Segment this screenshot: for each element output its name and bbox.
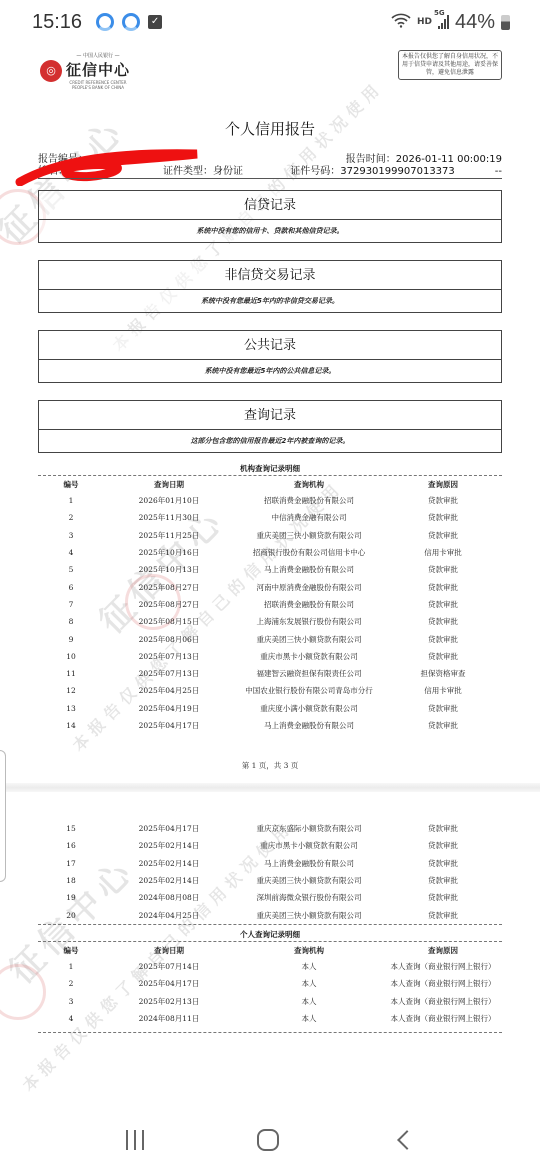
- dashed-divider: [38, 475, 502, 476]
- home-button[interactable]: [257, 1129, 279, 1151]
- cell-date: 2025年02月14日: [104, 837, 234, 854]
- table-row: 192024年08月08日深圳前海微众银行股份有限公司贷款审批: [38, 889, 502, 906]
- cell-reason: 贷款审批: [384, 648, 502, 665]
- cell-number: 17: [38, 855, 104, 872]
- section-title: 公共记录: [39, 331, 501, 360]
- table-row: 32025年11月25日重庆美团三快小额贷款有限公司贷款审批: [38, 527, 502, 544]
- cell-reason: 贷款审批: [384, 872, 502, 889]
- cell-number: 14: [38, 717, 104, 734]
- cell-institution: 河南中原消费金融股份有限公司: [234, 578, 384, 595]
- table-row: 52025年10月13日马上消费金融股份有限公司贷款审批: [38, 561, 502, 578]
- cell-institution: 本人: [234, 975, 384, 992]
- cell-institution: 中信消费金融有限公司: [234, 509, 384, 526]
- cell-date: 2025年08月27日: [104, 596, 234, 613]
- cell-reason: 本人查询（商业银行网上银行）: [384, 993, 502, 1010]
- cell-reason: 贷款审批: [384, 613, 502, 630]
- cell-institution: 招联消费金融股份有限公司: [234, 596, 384, 613]
- institution-queries-title: 机构查询记录明细: [0, 463, 540, 474]
- cell-reason: 贷款审批: [384, 906, 502, 923]
- cell-number: 7: [38, 596, 104, 613]
- hd-voice-indicator: HD: [417, 17, 432, 27]
- cell-number: 6: [38, 578, 104, 595]
- checkbox-notification-icon: ✓: [148, 15, 162, 29]
- personal-queries-table: 编号 查询日期 查询机构 查询原因 12025年07月14日本人本人查询（商业银…: [38, 943, 502, 1027]
- table-row: 32025年02月13日本人本人查询（商业银行网上银行）: [38, 993, 502, 1010]
- col-institution: 查询机构: [234, 943, 384, 958]
- section-desc: 系统中没有您的信用卡、贷款和其他信贷记录。: [39, 220, 501, 242]
- cell-institution: 招联消费金融股份有限公司: [234, 492, 384, 509]
- cell-number: 16: [38, 837, 104, 854]
- cell-date: 2025年07月13日: [104, 665, 234, 682]
- table-row: 42025年10月16日招商银行股份有限公司信用卡中心信用卡审批: [38, 544, 502, 561]
- cell-institution: 中国农业银行股份有限公司青岛市分行: [234, 682, 384, 699]
- clock: 15:16: [32, 11, 82, 34]
- cell-number: 20: [38, 906, 104, 923]
- report-title: 个人信用报告: [0, 118, 540, 139]
- col-reason: 查询原因: [384, 943, 502, 958]
- cell-reason: 贷款审批: [384, 492, 502, 509]
- cell-reason: 贷款审批: [384, 889, 502, 906]
- section-public-records: 公共记录 系统中没有您最近5年内的公共信息记录。: [38, 330, 502, 383]
- cell-institution: 重庆京东盛际小额贷款有限公司: [234, 820, 384, 837]
- table-row: 132025年04月19日重庆度小满小额贷款有限公司贷款审批: [38, 700, 502, 717]
- dashed-divider: [38, 941, 502, 942]
- cell-institution: 重庆美团三快小额贷款有限公司: [234, 527, 384, 544]
- cell-institution: 马上消费金融股份有限公司: [234, 561, 384, 578]
- cell-date: 2025年04月25日: [104, 682, 234, 699]
- cell-institution: 重庆美团三快小额贷款有限公司: [234, 906, 384, 923]
- cell-date: 2025年07月13日: [104, 648, 234, 665]
- browser-notification-icon-2: [122, 13, 140, 31]
- cell-date: 2025年04月19日: [104, 700, 234, 717]
- id-number-field: 证件号码：372930199907013373--: [290, 162, 502, 177]
- cell-institution: 重庆市黑卡小额贷款有限公司: [234, 648, 384, 665]
- cell-institution: 本人: [234, 958, 384, 975]
- cell-number: 19: [38, 889, 104, 906]
- cell-date: 2025年02月14日: [104, 855, 234, 872]
- col-institution: 查询机构: [234, 477, 384, 492]
- cell-number: 8: [38, 613, 104, 630]
- cell-reason: 担保资格审查: [384, 665, 502, 682]
- cell-reason: 贷款审批: [384, 578, 502, 595]
- cell-number: 13: [38, 700, 104, 717]
- navigation-bar: [0, 1110, 540, 1170]
- cell-date: 2025年04月17日: [104, 975, 234, 992]
- cell-institution: 深圳前海微众银行股份有限公司: [234, 889, 384, 906]
- cell-date: 2024年04月25日: [104, 906, 234, 923]
- cell-number: 11: [38, 665, 104, 682]
- cell-number: 1: [38, 492, 104, 509]
- section-desc: 这部分包含您的信用报告最近2年内被查询的记录。: [39, 430, 501, 452]
- cell-reason: 本人查询（商业银行网上银行）: [384, 1010, 502, 1027]
- logo-en-text-2: PEOPLE'S BANK OF CHINA: [72, 85, 124, 90]
- cell-institution: 上海浦东发展银行股份有限公司: [234, 613, 384, 630]
- cell-number: 3: [38, 993, 104, 1010]
- cell-reason: 贷款审批: [384, 855, 502, 872]
- cell-number: 15: [38, 820, 104, 837]
- cell-date: 2025年10月13日: [104, 561, 234, 578]
- cell-date: 2025年08月15日: [104, 613, 234, 630]
- page-break: [0, 783, 540, 792]
- cell-number: 4: [38, 544, 104, 561]
- table-row: 82025年08月15日上海浦东发展银行股份有限公司贷款审批: [38, 613, 502, 630]
- cell-date: 2025年04月17日: [104, 820, 234, 837]
- cell-institution: 福建智云融资担保有限责任公司: [234, 665, 384, 682]
- table-row: 112025年07月13日福建智云融资担保有限责任公司担保资格审查: [38, 665, 502, 682]
- cell-date: 2025年10月16日: [104, 544, 234, 561]
- dashed-divider: [38, 1032, 502, 1033]
- cell-reason: 贷款审批: [384, 820, 502, 837]
- cell-reason: 贷款审批: [384, 630, 502, 647]
- col-number: 编号: [38, 943, 104, 958]
- logo-top-text: — 中国人民银行 —: [76, 52, 119, 59]
- cell-date: 2025年04月17日: [104, 717, 234, 734]
- battery-percent: 44%: [455, 11, 495, 34]
- table-row: 142025年04月17日马上消费金融股份有限公司贷款审批: [38, 717, 502, 734]
- cell-number: 2: [38, 975, 104, 992]
- cell-date: 2026年01月10日: [104, 492, 234, 509]
- table-row: 202024年04月25日重庆美团三快小额贷款有限公司贷款审批: [38, 906, 502, 923]
- seal-icon: ◎: [40, 60, 62, 82]
- cellular-signal-icon: 5G: [438, 15, 449, 29]
- section-desc: 系统中没有您最近5年内的非信贷交易记录。: [39, 290, 501, 312]
- table-row: 12025年07月14日本人本人查询（商业银行网上银行）: [38, 958, 502, 975]
- section-credit-records: 信贷记录 系统中没有您的信用卡、贷款和其他信贷记录。: [38, 190, 502, 243]
- cell-number: 4: [38, 1010, 104, 1027]
- cell-institution: 重庆美团三快小额贷款有限公司: [234, 630, 384, 647]
- cell-date: 2025年02月13日: [104, 993, 234, 1010]
- cell-number: 10: [38, 648, 104, 665]
- browser-notification-icon: [96, 13, 114, 31]
- cell-institution: 重庆美团三快小额贷款有限公司: [234, 872, 384, 889]
- cell-number: 3: [38, 527, 104, 544]
- cell-institution: 重庆市黑卡小额贷款有限公司: [234, 837, 384, 854]
- table-row: 42024年08月11日本人本人查询（商业银行网上银行）: [38, 1010, 502, 1027]
- table-row: 22025年11月30日中信消费金融有限公司贷款审批: [38, 509, 502, 526]
- header-divider: [38, 178, 502, 179]
- section-desc: 系统中没有您最近5年内的公共信息记录。: [39, 360, 501, 382]
- cell-institution: 马上消费金融股份有限公司: [234, 717, 384, 734]
- section-title: 非信贷交易记录: [39, 261, 501, 290]
- table-row: 102025年07月13日重庆市黑卡小额贷款有限公司贷款审批: [38, 648, 502, 665]
- table-row: 162025年02月14日重庆市黑卡小额贷款有限公司贷款审批: [38, 837, 502, 854]
- back-button[interactable]: [397, 1130, 417, 1150]
- status-bar: 15:16 ✓ HD 5G 44%: [0, 0, 540, 44]
- cell-reason: 本人查询（商业银行网上银行）: [384, 975, 502, 992]
- cell-institution: 本人: [234, 1010, 384, 1027]
- cell-date: 2025年11月30日: [104, 509, 234, 526]
- cell-reason: 贷款审批: [384, 700, 502, 717]
- privacy-notice: 本报告仅供您了解自身信用状况，不用于信贷申请及其他用途，请妥善保管，避免信息泄露: [398, 50, 502, 80]
- cell-institution: 重庆度小满小额贷款有限公司: [234, 700, 384, 717]
- logo-main-text: 征信中心: [66, 59, 130, 80]
- credit-center-logo: ◎ — 中国人民银行 — 征信中心 CREDIT REFERENCE CENTE…: [40, 52, 130, 90]
- cell-date: 2025年08月27日: [104, 578, 234, 595]
- table-row: 92025年08月06日重庆美团三快小额贷款有限公司贷款审批: [38, 630, 502, 647]
- cell-number: 5: [38, 561, 104, 578]
- cell-date: 2025年07月14日: [104, 958, 234, 975]
- cell-reason: 贷款审批: [384, 596, 502, 613]
- cell-reason: 贷款审批: [384, 837, 502, 854]
- col-number: 编号: [38, 477, 104, 492]
- cell-number: 18: [38, 872, 104, 889]
- battery-icon: [501, 15, 510, 30]
- section-title: 信贷记录: [39, 191, 501, 220]
- cell-reason: 贷款审批: [384, 717, 502, 734]
- col-date: 查询日期: [104, 943, 234, 958]
- pdf-document-view[interactable]: 征信中心 本报告仅供您了解自己的信用状况使用 征信中心 本报告仅供您了解自己的信…: [0, 44, 540, 1139]
- table-row: 122025年04月25日中国农业银行股份有限公司青岛市分行信用卡审批: [38, 682, 502, 699]
- cell-date: 2025年11月25日: [104, 527, 234, 544]
- cell-date: 2024年08月11日: [104, 1010, 234, 1027]
- cell-reason: 信用卡审批: [384, 544, 502, 561]
- institution-queries-table: 编号 查询日期 查询机构 查询原因 12026年01月10日招联消费金融股份有限…: [38, 477, 502, 734]
- cell-date: 2024年08月08日: [104, 889, 234, 906]
- cell-date: 2025年02月14日: [104, 872, 234, 889]
- name-field: 姓名：: [38, 162, 68, 177]
- cell-institution: 马上消费金融股份有限公司: [234, 855, 384, 872]
- cell-number: 9: [38, 630, 104, 647]
- section-non-credit-records: 非信贷交易记录 系统中没有您最近5年内的非信贷交易记录。: [38, 260, 502, 313]
- cell-reason: 贷款审批: [384, 561, 502, 578]
- page-indicator: 第 1 页，共 3 页: [0, 760, 540, 771]
- id-type-field: 证件类型：身份证: [163, 162, 243, 177]
- cell-date: 2025年08月06日: [104, 630, 234, 647]
- table-row: 72025年08月27日招联消费金融股份有限公司贷款审批: [38, 596, 502, 613]
- section-query-records: 查询记录 这部分包含您的信用报告最近2年内被查询的记录。: [38, 400, 502, 453]
- table-row: 152025年04月17日重庆京东盛际小额贷款有限公司贷款审批: [38, 820, 502, 837]
- cell-reason: 信用卡审批: [384, 682, 502, 699]
- col-date: 查询日期: [104, 477, 234, 492]
- section-title: 查询记录: [39, 401, 501, 430]
- cell-reason: 贷款审批: [384, 527, 502, 544]
- edge-panel-handle[interactable]: [0, 750, 6, 882]
- recent-apps-button[interactable]: [126, 1130, 144, 1150]
- cell-number: 12: [38, 682, 104, 699]
- cell-reason: 本人查询（商业银行网上银行）: [384, 958, 502, 975]
- table-row: 172025年02月14日马上消费金融股份有限公司贷款审批: [38, 855, 502, 872]
- table-row: 62025年08月27日河南中原消费金融股份有限公司贷款审批: [38, 578, 502, 595]
- cell-reason: 贷款审批: [384, 509, 502, 526]
- personal-queries-title: 个人查询记录明细: [0, 929, 540, 940]
- cell-institution: 招商银行股份有限公司信用卡中心: [234, 544, 384, 561]
- cell-number: 1: [38, 958, 104, 975]
- dashed-divider: [38, 924, 502, 925]
- table-row: 22025年04月17日本人本人查询（商业银行网上银行）: [38, 975, 502, 992]
- table-row: 182025年02月14日重庆美团三快小额贷款有限公司贷款审批: [38, 872, 502, 889]
- institution-queries-table-continued: 152025年04月17日重庆京东盛际小额贷款有限公司贷款审批162025年02…: [38, 820, 502, 924]
- cell-institution: 本人: [234, 993, 384, 1010]
- wifi-icon: [391, 12, 411, 32]
- cell-number: 2: [38, 509, 104, 526]
- col-reason: 查询原因: [384, 477, 502, 492]
- table-row: 12026年01月10日招联消费金融股份有限公司贷款审批: [38, 492, 502, 509]
